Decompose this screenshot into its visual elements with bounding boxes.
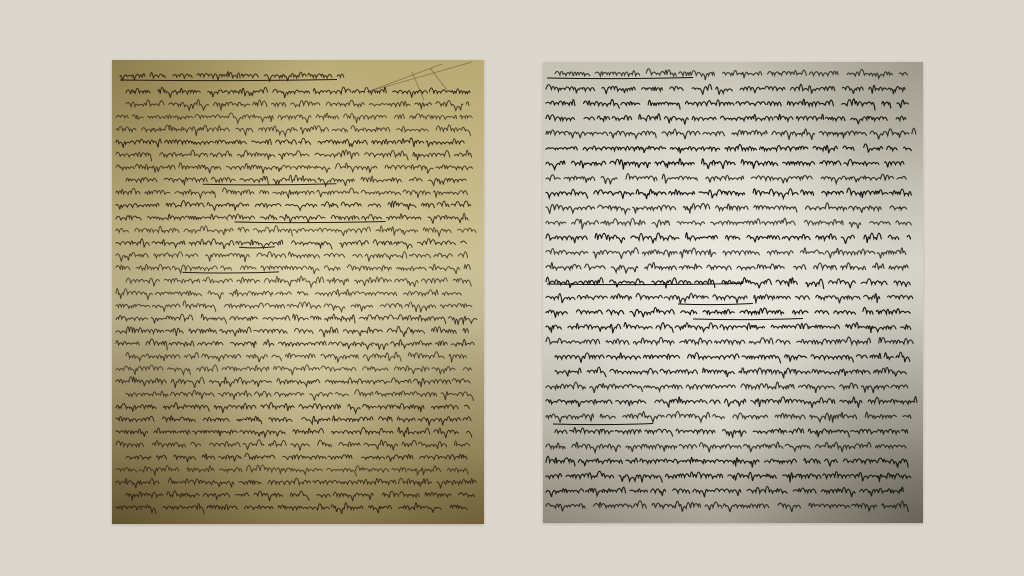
handwriting-left (112, 60, 484, 524)
handwriting-right (543, 62, 923, 523)
manuscript-page-right: Manuscript page (right) (543, 62, 923, 523)
manuscript-page-left: Manuscript page (left) ... Curtain-rod .… (112, 60, 484, 524)
photo-stage: Manuscript page (left) ... Curtain-rod .… (0, 0, 1024, 576)
